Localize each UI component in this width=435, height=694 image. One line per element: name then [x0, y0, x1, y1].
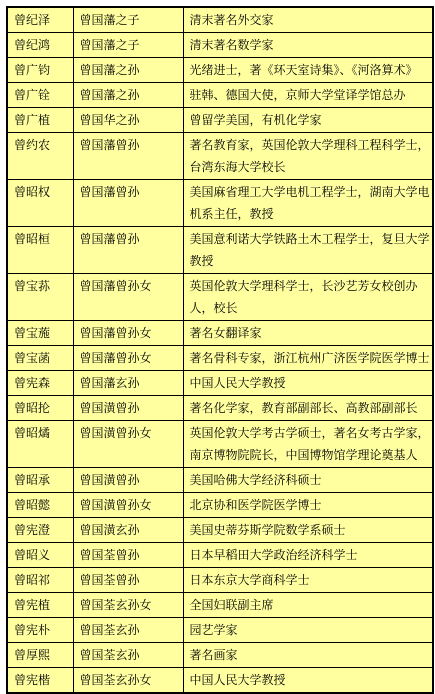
relation-cell: 曾国藩曾孙女 [73, 346, 183, 371]
table-row: 曾纪泽曾国藩之子清末著名外交家 [7, 7, 433, 33]
description-cell: 清末著名数学家 [183, 33, 433, 58]
member-name-cell: 曾厚熙 [7, 643, 73, 668]
member-name-cell: 曾昭承 [7, 468, 73, 493]
table-row: 曾宝菡曾国藩曾孙女著名骨科专家，浙江杭州广济医学院医学博士 [7, 346, 433, 371]
member-name-cell: 曾宪澄 [7, 518, 73, 543]
table-row: 曾宪朴曾国荃玄孙园艺学家 [7, 618, 433, 643]
relation-cell: 曾国藩曾孙女 [73, 274, 183, 321]
member-name-cell: 曾宪森 [7, 371, 73, 396]
description-cell: 著名教育家，英国伦敦大学理科工程科学士， 台湾东海大学校长 [183, 133, 433, 180]
relation-cell: 曾国藩之孙 [73, 83, 183, 108]
table-row: 曾昭祁曾国荃曾孙日本东京大学商科学士 [7, 568, 433, 593]
table-row: 曾纪鸿曾国藩之子清末著名数学家 [7, 33, 433, 58]
table-row: 曾广钧曾国藩之孙光绪进士，著《环天室诗集》、《河洛算术》 [7, 58, 433, 83]
table-row: 曾昭权曾国藩曾孙美国麻省理工大学电机工程学士，湖南大学电 机系主任，教授 [7, 180, 433, 227]
description-cell: 北京协和医学院医学博士 [183, 493, 433, 518]
description-cell: 著名化学家，教育部副部长、高教部副部长 [183, 396, 433, 421]
relation-cell: 曾国藩曾孙 [73, 180, 183, 227]
relation-cell: 曾国藩曾孙女 [73, 321, 183, 346]
member-name-cell: 曾昭燏 [7, 421, 73, 468]
family-table-body: 曾纪泽曾国藩之子清末著名外交家曾纪鸿曾国藩之子清末著名数学家曾广钧曾国藩之孙光绪… [7, 7, 433, 693]
relation-cell: 曾国荃玄孙女 [73, 668, 183, 694]
member-name-cell: 曾纪泽 [7, 7, 73, 33]
table-row: 曾宝葹曾国藩曾孙女著名女翻译家 [7, 321, 433, 346]
description-cell: 日本早稻田大学政治经济科学士 [183, 543, 433, 568]
description-cell: 著名女翻译家 [183, 321, 433, 346]
relation-cell: 曾国荃玄孙女 [73, 593, 183, 618]
member-name-cell: 曾约农 [7, 133, 73, 180]
table-row: 曾昭懿曾国潢曾孙女北京协和医学院医学博士 [7, 493, 433, 518]
relation-cell: 曾国荃玄孙 [73, 618, 183, 643]
description-cell: 美国史蒂芬斯学院数学系硕士 [183, 518, 433, 543]
description-cell: 日本东京大学商科学士 [183, 568, 433, 593]
family-table: 曾纪泽曾国藩之子清末著名外交家曾纪鸿曾国藩之子清末著名数学家曾广钧曾国藩之孙光绪… [6, 6, 434, 694]
member-name-cell: 曾宝葹 [7, 321, 73, 346]
relation-cell: 曾国藩之孙 [73, 58, 183, 83]
table-row: 曾约农曾国藩曾孙著名教育家，英国伦敦大学理科工程科学士， 台湾东海大学校长 [7, 133, 433, 180]
relation-cell: 曾国荃玄孙 [73, 643, 183, 668]
member-name-cell: 曾宝荪 [7, 274, 73, 321]
table-row: 曾昭承曾国潢曾孙美国哈佛大学经济科硕士 [7, 468, 433, 493]
description-cell: 美国麻省理工大学电机工程学士，湖南大学电 机系主任，教授 [183, 180, 433, 227]
relation-cell: 曾国藩之子 [73, 7, 183, 33]
relation-cell: 曾国荃曾孙 [73, 568, 183, 593]
relation-cell: 曾国潢曾孙女 [73, 421, 183, 468]
table-row: 曾宝荪曾国藩曾孙女英国伦敦大学理科学士，长沙艺芳女校创办 人，校长 [7, 274, 433, 321]
relation-cell: 曾国荃曾孙 [73, 543, 183, 568]
description-cell: 园艺学家 [183, 618, 433, 643]
table-row: 曾宪楷曾国荃玄孙女中国人民大学教授 [7, 668, 433, 694]
member-name-cell: 曾宪楷 [7, 668, 73, 694]
relation-cell: 曾国潢玄孙 [73, 518, 183, 543]
table-row: 曾厚熙曾国荃玄孙著名画家 [7, 643, 433, 668]
description-cell: 美国意利诺大学铁路土木工程学士，复旦大学 教授 [183, 227, 433, 274]
table-row: 曾广铨曾国藩之孙驻韩、德国大使，京师大学堂译学馆总办 [7, 83, 433, 108]
relation-cell: 曾国华之孙 [73, 108, 183, 133]
table-row: 曾昭义曾国荃曾孙日本早稻田大学政治经济科学士 [7, 543, 433, 568]
relation-cell: 曾国藩玄孙 [73, 371, 183, 396]
member-name-cell: 曾昭义 [7, 543, 73, 568]
description-cell: 著名骨科专家，浙江杭州广济医学院医学博士 [183, 346, 433, 371]
description-cell: 美国哈佛大学经济科硕士 [183, 468, 433, 493]
relation-cell: 曾国藩曾孙 [73, 133, 183, 180]
member-name-cell: 曾广铨 [7, 83, 73, 108]
relation-cell: 曾国藩曾孙 [73, 227, 183, 274]
description-cell: 中国人民大学教授 [183, 371, 433, 396]
table-row: 曾昭抡曾国潢曾孙著名化学家，教育部副部长、高教部副部长 [7, 396, 433, 421]
description-cell: 全国妇联副主席 [183, 593, 433, 618]
description-cell: 中国人民大学教授 [183, 668, 433, 694]
member-name-cell: 曾纪鸿 [7, 33, 73, 58]
member-name-cell: 曾宝菡 [7, 346, 73, 371]
table-row: 曾广植曾国华之孙曾留学美国，有机化学家 [7, 108, 433, 133]
member-name-cell: 曾昭祁 [7, 568, 73, 593]
relation-cell: 曾国潢曾孙 [73, 396, 183, 421]
table-row: 曾昭桓曾国藩曾孙美国意利诺大学铁路土木工程学士，复旦大学 教授 [7, 227, 433, 274]
description-cell: 光绪进士，著《环天室诗集》、《河洛算术》 [183, 58, 433, 83]
member-name-cell: 曾昭权 [7, 180, 73, 227]
description-cell: 驻韩、德国大使，京师大学堂译学馆总办 [183, 83, 433, 108]
member-name-cell: 曾昭抡 [7, 396, 73, 421]
relation-cell: 曾国藩之子 [73, 33, 183, 58]
member-name-cell: 曾昭懿 [7, 493, 73, 518]
description-cell: 英国伦敦大学理科学士，长沙艺芳女校创办 人，校长 [183, 274, 433, 321]
relation-cell: 曾国潢曾孙女 [73, 493, 183, 518]
member-name-cell: 曾宪朴 [7, 618, 73, 643]
description-cell: 清末著名外交家 [183, 7, 433, 33]
member-name-cell: 曾昭桓 [7, 227, 73, 274]
member-name-cell: 曾宪植 [7, 593, 73, 618]
table-row: 曾宪植曾国荃玄孙女全国妇联副主席 [7, 593, 433, 618]
member-name-cell: 曾广钧 [7, 58, 73, 83]
table-row: 曾昭燏曾国潢曾孙女英国伦敦大学考古学硕士，著名女考古学家， 南京博物院院长，中国… [7, 421, 433, 468]
member-name-cell: 曾广植 [7, 108, 73, 133]
description-cell: 英国伦敦大学考古学硕士，著名女考古学家， 南京博物院院长，中国博物馆学理论奠基人 [183, 421, 433, 468]
table-row: 曾宪澄曾国潢玄孙美国史蒂芬斯学院数学系硕士 [7, 518, 433, 543]
relation-cell: 曾国潢曾孙 [73, 468, 183, 493]
description-cell: 著名画家 [183, 643, 433, 668]
description-cell: 曾留学美国，有机化学家 [183, 108, 433, 133]
table-row: 曾宪森曾国藩玄孙中国人民大学教授 [7, 371, 433, 396]
